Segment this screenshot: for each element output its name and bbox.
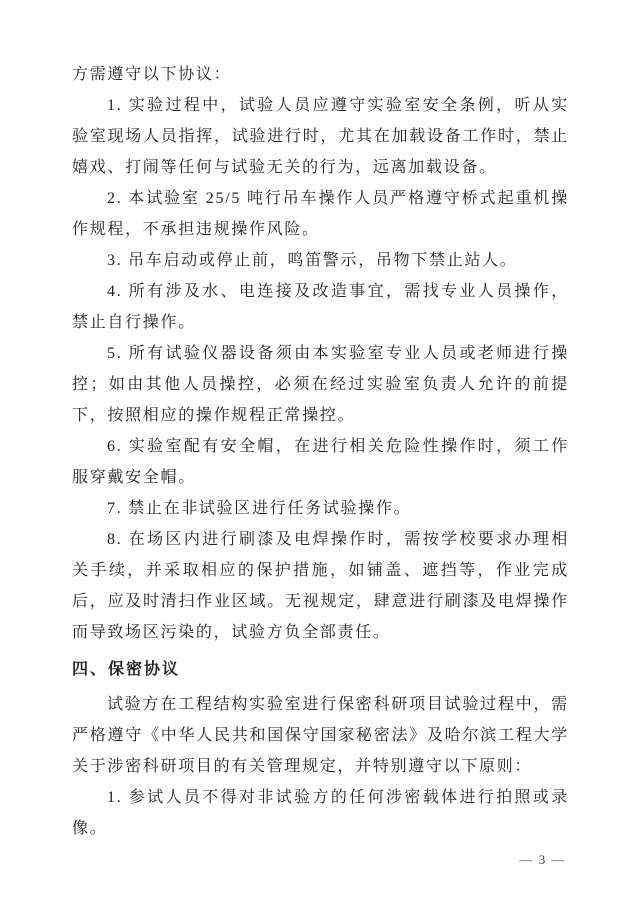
body-paragraph: 方需遵守以下协议： <box>72 59 569 90</box>
list-item-paragraph: 4. 所有涉及水、电连接及改造事宜，需找专业人员操作，禁止自行操作。 <box>72 276 569 338</box>
page-number: — 3 — <box>520 852 567 868</box>
list-item-paragraph: 6. 实验室配有安全帽，在进行相关危险性操作时，须工作服穿戴安全帽。 <box>72 431 569 493</box>
list-item-paragraph: 1. 参试人员不得对非试验方的任何涉密载体进行拍照或录像。 <box>72 782 569 844</box>
list-item-paragraph: 2. 本试验室 25/5 吨行吊车操作人员严格遵守桥式起重机操作规程，不承担违规… <box>72 183 569 245</box>
list-item-paragraph: 7. 禁止在非试验区进行任务试验操作。 <box>72 493 569 524</box>
body-paragraph: 试验方在工程结构实验室进行保密科研项目试验过程中，需严格遵守《中华人民共和国保守… <box>72 689 569 782</box>
list-item-paragraph: 5. 所有试验仪器设备须由本实验室专业人员或老师进行操控；如由其他人员操控，必须… <box>72 338 569 431</box>
list-item-paragraph: 8. 在场区内进行刷漆及电焊操作时，需按学校要求办理相关手续，并采取相应的保护措… <box>72 524 569 648</box>
section-heading: 四、保密协议 <box>72 654 569 685</box>
list-item-paragraph: 1. 实验过程中，试验人员应遵守实验室安全条例，听从实验室现场人员指挥，试验进行… <box>72 90 569 183</box>
document-page: 方需遵守以下协议：1. 实验过程中，试验人员应遵守实验室安全条例，听从实验室现场… <box>0 0 639 904</box>
document-body: 方需遵守以下协议：1. 实验过程中，试验人员应遵守实验室安全条例，听从实验室现场… <box>72 59 569 844</box>
list-item-paragraph: 3. 吊车启动或停止前，鸣笛警示，吊物下禁止站人。 <box>72 245 569 276</box>
